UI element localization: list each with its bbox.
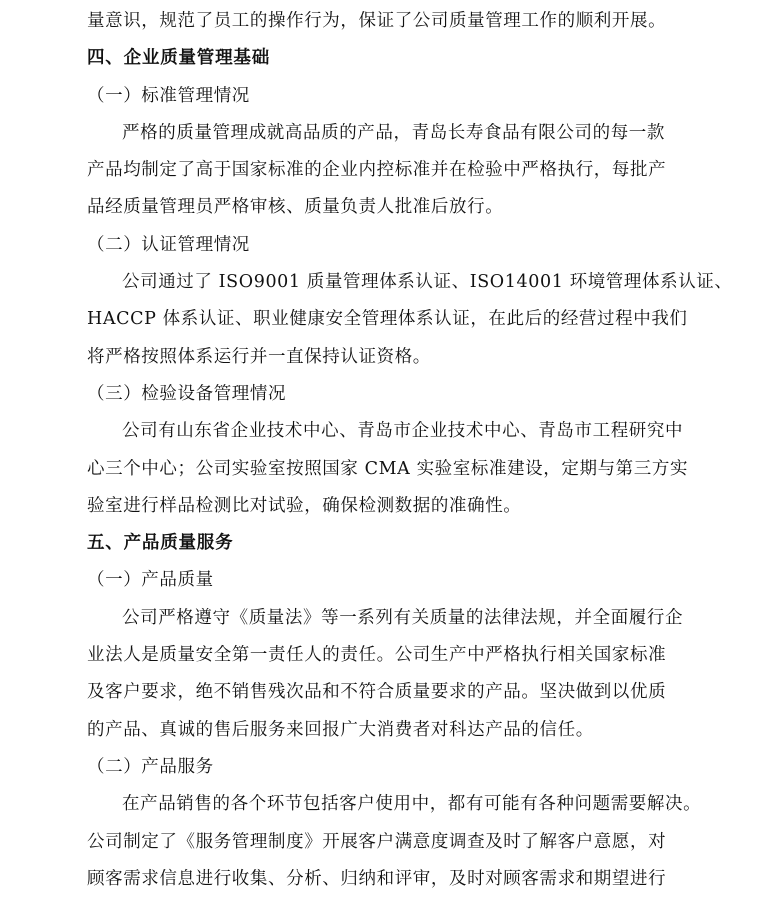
paragraph-line: 公司有山东省企业技术中心、青岛市企业技术中心、青岛市工程研究中 — [87, 413, 707, 450]
subsection-heading: （二）产品服务 — [87, 749, 707, 786]
paragraph-line: 在产品销售的各个环节包括客户使用中，都有可能有各种问题需要解决。 — [87, 786, 707, 823]
subsection-heading: （二）认证管理情况 — [87, 227, 707, 264]
paragraph-line: 严格的质量管理成就高品质的产品，青岛长寿食品有限公司的每一款 — [87, 115, 707, 152]
paragraph-line: 顾客需求信息进行收集、分析、归纳和评审，及时对顾客需求和期望进行 — [87, 861, 707, 898]
paragraph-line: 的产品、真诚的售后服务来回报广大消费者对科达产品的信任。 — [87, 712, 707, 749]
paragraph-line: 产品均制定了高于国家标准的企业内控标准并在检验中严格执行，每批产 — [87, 152, 707, 189]
section-heading-4: 四、企业质量管理基础 — [87, 40, 707, 77]
paragraph-line: 公司通过了 ISO9001 质量管理体系认证、ISO14001 环境管理体系认证… — [87, 264, 707, 301]
subsection-heading: （三）检验设备管理情况 — [87, 376, 707, 413]
section-heading-5: 五、产品质量服务 — [87, 525, 707, 562]
paragraph-line: 心三个中心；公司实验室按照国家 CMA 实验室标准建设，定期与第三方实 — [87, 451, 707, 488]
paragraph-line: 公司严格遵守《质量法》等一系列有关质量的法律法规，并全面履行企 — [87, 600, 707, 637]
paragraph-line: 验室进行样品检测比对试验，确保检测数据的准确性。 — [87, 488, 707, 525]
paragraph-line: 将严格按照体系运行并一直保持认证资格。 — [87, 339, 707, 376]
paragraph-line: HACCP 体系认证、职业健康安全管理体系认证，在此后的经营过程中我们 — [87, 301, 707, 338]
document-page: 量意识，规范了员工的操作行为，保证了公司质量管理工作的顺利开展。 四、企业质量管… — [87, 3, 707, 898]
paragraph-line: 公司制定了《服务管理制度》开展客户满意度调查及时了解客户意愿，对 — [87, 824, 707, 861]
paragraph-line: 及客户要求，绝不销售残次品和不符合质量要求的产品。坚决做到以优质 — [87, 674, 707, 711]
paragraph-line: 业法人是质量安全第一责任人的责任。公司生产中严格执行相关国家标准 — [87, 637, 707, 674]
subsection-heading: （一）产品质量 — [87, 562, 707, 599]
paragraph-line: 量意识，规范了员工的操作行为，保证了公司质量管理工作的顺利开展。 — [87, 3, 707, 40]
paragraph-line: 品经质量管理员严格审核、质量负责人批准后放行。 — [87, 189, 707, 226]
subsection-heading: （一）标准管理情况 — [87, 78, 707, 115]
